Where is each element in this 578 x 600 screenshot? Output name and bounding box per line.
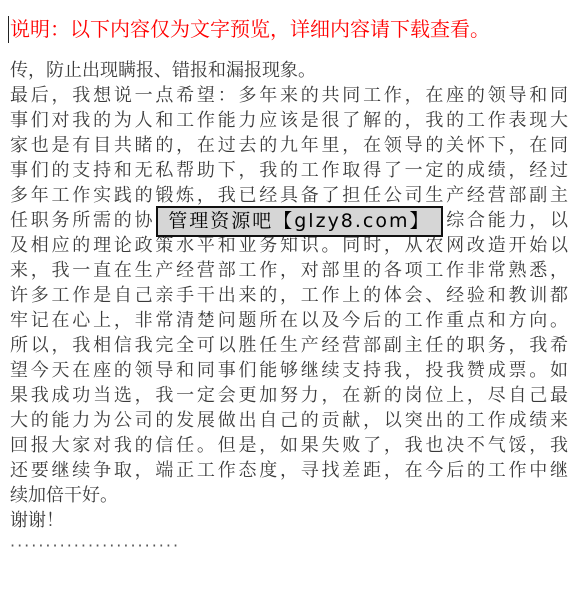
text-line: 传，防止出现瞒报、错报和漏报现象。 — [10, 58, 568, 83]
text-line: 回报大家对我的信任。但是，如果失败了，我也决不气馁，我 — [10, 433, 568, 458]
text-line: 家也是有目共睹的，在过去的九年里，在领导的关怀下，在同 — [10, 133, 568, 158]
text-fragment-left: 任职务所需的协 — [10, 210, 155, 231]
text-line: 所以，我相信我完全可以胜任生产经营部副主任的职务，我希 — [10, 333, 568, 358]
text-line: 大的能力为公司的发展做出自己的贡献，以突出的工作成绩来 — [10, 408, 568, 433]
text-line: 来，我一直在生产经营部工作，对部里的各项工作非常熟悉， — [10, 258, 568, 283]
text-line: 续加倍干好。 — [10, 483, 568, 508]
text-line: 果我成功当选，我一定会更加努力，在新的岗位上，尽自己最 — [10, 383, 568, 408]
text-fragment-right: 综合能力，以 — [444, 210, 569, 231]
text-line: 最后，我想说一点希望：多年来的共同工作，在座的领导和同 — [10, 83, 568, 108]
document-preview-page: 说明：以下内容仅为文字预览，详细内容请下载查看。 传，防止出现瞒报、错报和漏报现… — [0, 0, 578, 600]
text-line: 还要继续争取，端正工作态度，寻找差距，在今后的工作中继 — [10, 458, 568, 483]
text-line: 事们对我的为人和工作能力应该是很了解的，我的工作表现大 — [10, 108, 568, 133]
text-line-with-watermark: 任职务所需的协管理资源吧【glzy8.com】综合能力，以 — [10, 208, 568, 233]
thanks-line: 谢谢！ — [10, 508, 568, 533]
preview-notice: 说明：以下内容仅为文字预览，详细内容请下载查看。 — [0, 0, 578, 42]
text-line: 多年工作实践的锻炼，我已经具备了担任公司生产经营部副主 — [10, 183, 568, 208]
text-line: 事们的支持和无私帮助下，我的工作取得了一定的成绩，经过 — [10, 158, 568, 183]
text-line: 许多工作是自己亲手干出来的，工作上的体会、经验和教训都 — [10, 283, 568, 308]
text-line: 及相应的理论政策水平和业务知识。同时，从农网改造开始以 — [10, 233, 568, 258]
text-line: 牢记在心上，非常清楚问题所在以及今后的工作重点和方向。 — [10, 308, 568, 333]
dotted-line: ························ — [10, 533, 568, 558]
watermark-box: 管理资源吧【glzy8.com】 — [156, 206, 442, 237]
text-cursor — [8, 16, 9, 43]
document-body: 传，防止出现瞒报、错报和漏报现象。 最后，我想说一点希望：多年来的共同工作，在座… — [0, 42, 578, 558]
text-line: 望今天在座的领导和同事们能够继续支持我，投我赞成票。如 — [10, 358, 568, 383]
